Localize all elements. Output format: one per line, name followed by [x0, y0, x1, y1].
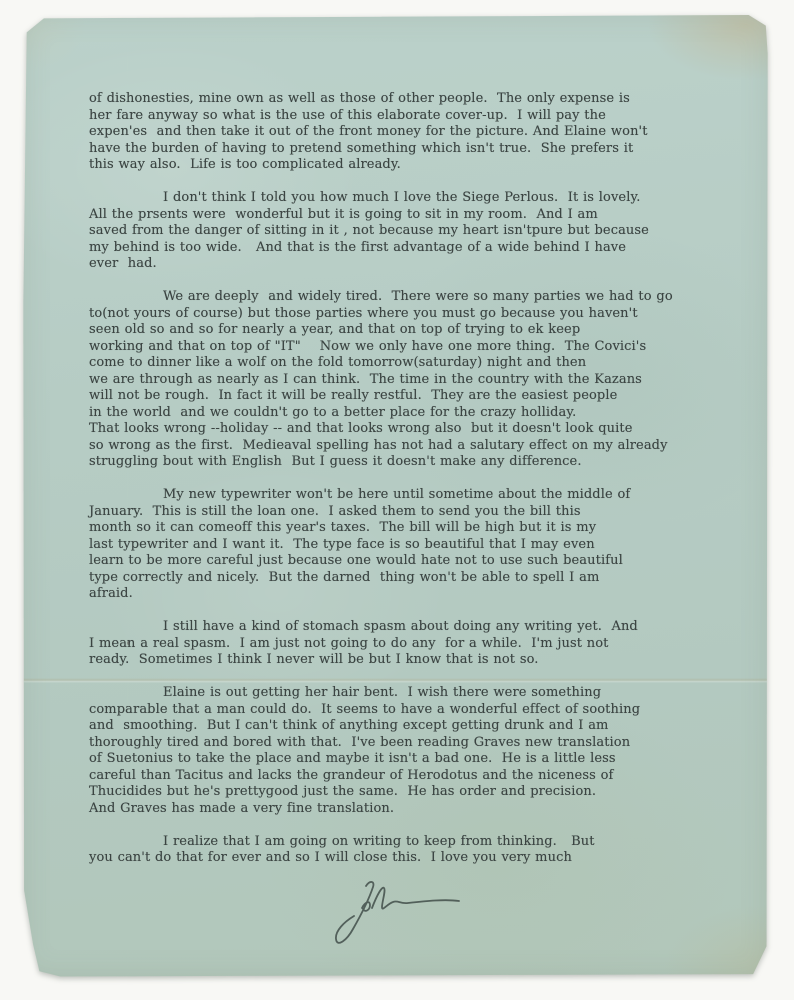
letter-paragraph: We are deeply and widely tired. There we…	[89, 289, 752, 471]
signature-stroke	[336, 882, 459, 943]
letter-paragraph: Elaine is out getting her hair bent. I w…	[89, 685, 752, 817]
letter-paragraph: My new typewriter won't be here until so…	[89, 487, 752, 603]
letter-paragraph: I realize that I am going on writing to …	[89, 834, 752, 867]
letter-paragraph: I still have a kind of stomach spasm abo…	[89, 619, 752, 669]
paper-surface: of dishonesties, mine own as well as tho…	[23, 15, 768, 977]
scan-background: of dishonesties, mine own as well as tho…	[0, 0, 794, 1000]
letter-paragraph: of dishonesties, mine own as well as tho…	[89, 91, 752, 174]
signature: John	[333, 879, 465, 955]
letter-page: of dishonesties, mine own as well as tho…	[23, 15, 768, 977]
letter-body: of dishonesties, mine own as well as tho…	[89, 91, 752, 883]
letter-paragraph: I don't think I told you how much I love…	[89, 190, 752, 273]
